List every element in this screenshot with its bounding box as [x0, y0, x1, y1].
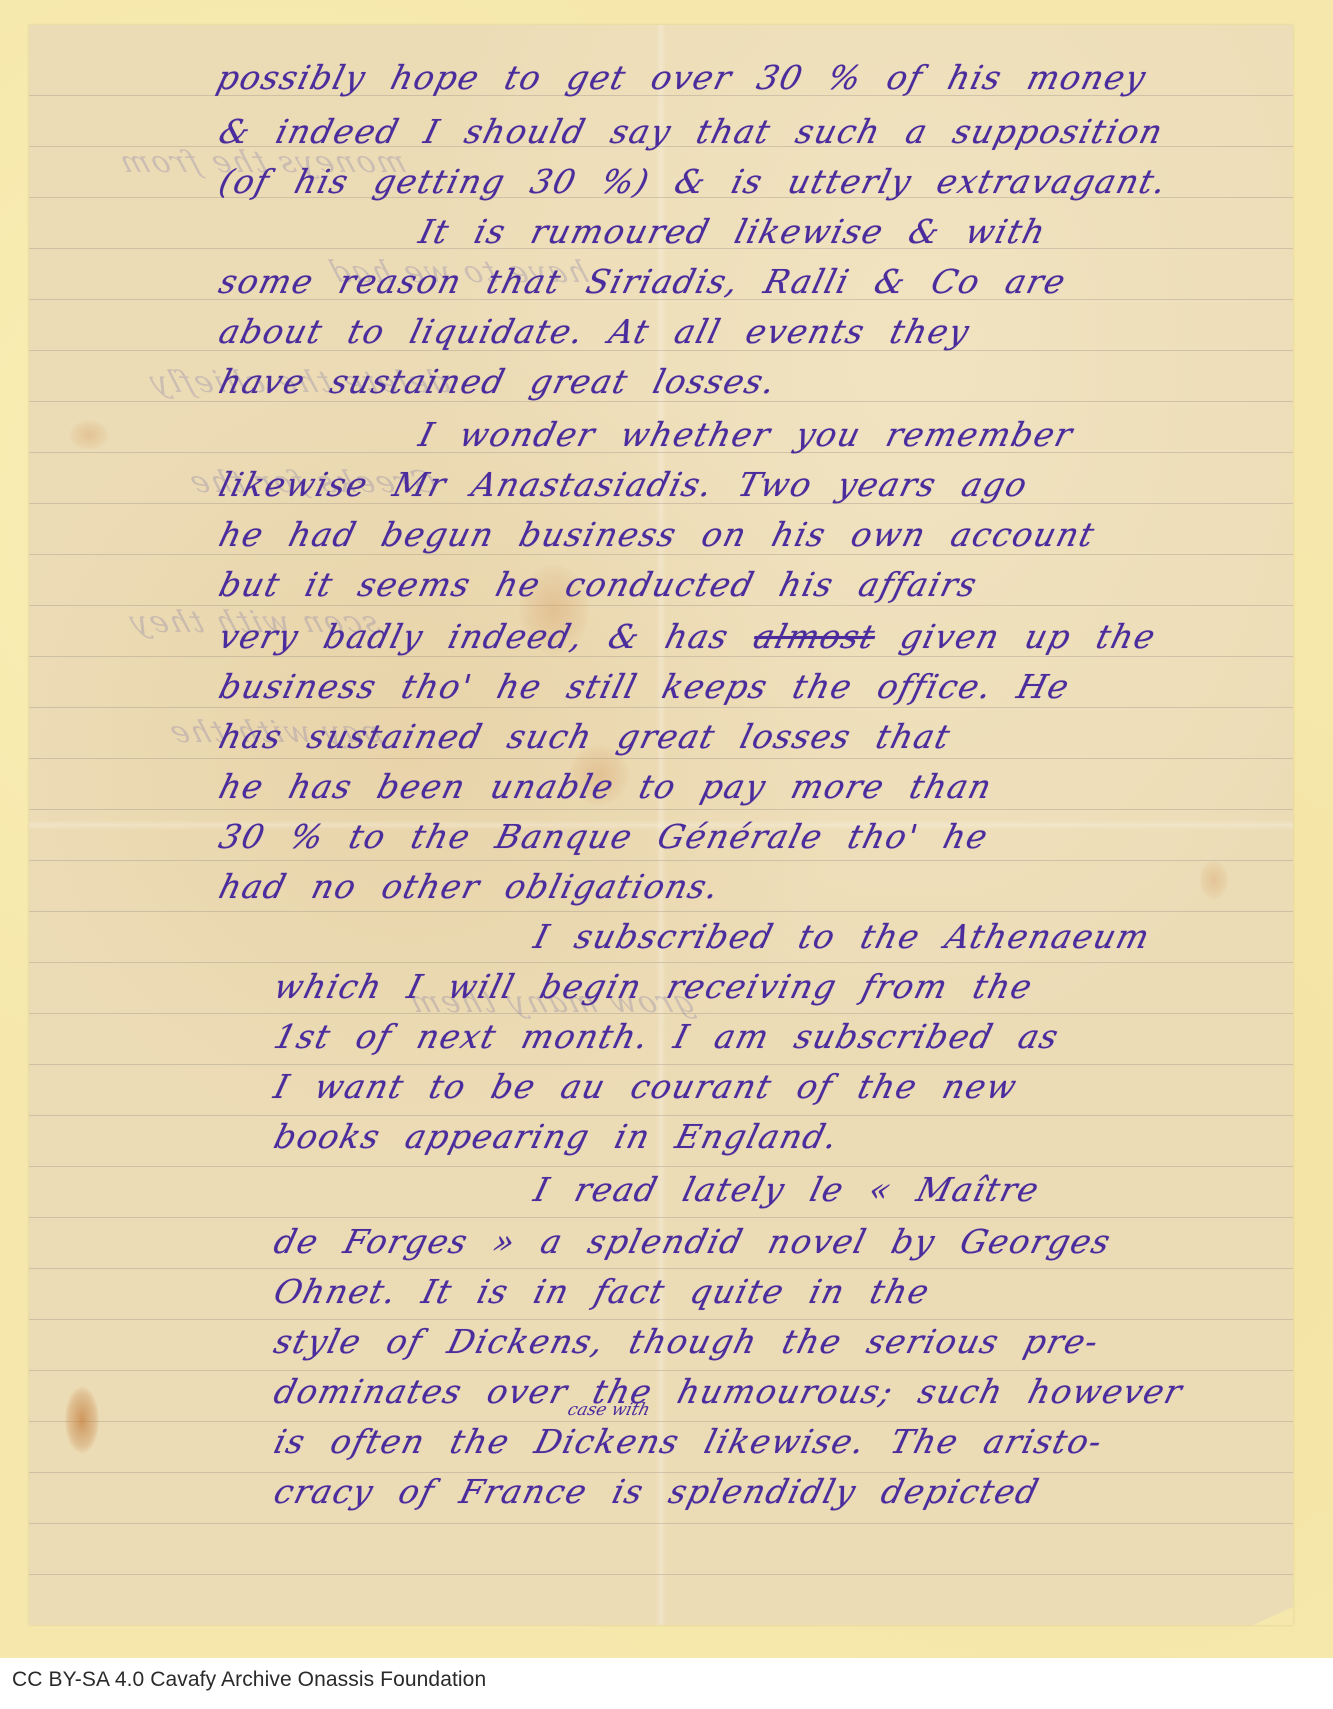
text-segment: very badly indeed, & has: [215, 617, 733, 656]
text-line: he had begun business on his own account: [215, 515, 1099, 554]
text-line: have sustained great losses.: [215, 362, 780, 401]
text-line: about to liquidate. At all events they: [215, 312, 974, 351]
text-line: possibly hope to get over 30 % of his mo…: [213, 58, 1151, 97]
text-line: (of his getting 30 %) & is utterly extra…: [215, 162, 1171, 201]
text-line: has sustained such great losses that: [215, 717, 955, 756]
text-line: he has been unable to pay more than: [215, 767, 997, 806]
text-line: had no other obligations.: [215, 867, 724, 906]
letter-text: possibly hope to get over 30 % of his mo…: [0, 0, 1333, 1658]
text-line: likewise Mr Anastasiadis. Two years ago: [215, 465, 1032, 504]
text-line: 30 % to the Banque Générale tho' he: [215, 817, 993, 856]
license-credit: CC BY-SA 4.0 Cavafy Archive Onassis Foun…: [12, 1668, 486, 1692]
text-line: cracy of France is splendidly depicted: [270, 1472, 1044, 1511]
text-line: some reason that Siriadis, Ralli & Co ar…: [215, 262, 1070, 301]
interlinear-insertion: case with: [566, 1400, 653, 1420]
text-line: de Forges » a splendid novel by Georges: [270, 1222, 1115, 1261]
struck-word: almost: [750, 617, 880, 656]
text-line: but it seems he conducted his affairs: [215, 565, 982, 604]
text-line: books appearing in England.: [270, 1117, 843, 1156]
text-line: I wonder whether you remember: [415, 415, 1077, 454]
text-line: It is rumoured likewise & with: [415, 212, 1050, 251]
text-line: dominates over the humourous; such howev…: [270, 1372, 1187, 1411]
text-line: I read lately le « Maître: [530, 1170, 1044, 1209]
text-line: style of Dickens, though the serious pre…: [270, 1322, 1103, 1361]
text-line: business tho' he still keeps the office.…: [215, 667, 1074, 706]
text-segment: given up the: [896, 617, 1160, 656]
text-line: I subscribed to the Athenaeum: [530, 917, 1155, 956]
text-line: very badly indeed, & has almost given up…: [215, 617, 1160, 656]
text-line: I want to be au courant of the new: [270, 1067, 1022, 1106]
text-line: Ohnet. It is in fact quite in the: [270, 1272, 934, 1311]
text-line: is often the Dickens likewise. The arist…: [270, 1422, 1107, 1461]
text-line: which I will begin receiving from the: [270, 967, 1037, 1006]
text-line: 1st of next month. I am subscribed as: [270, 1017, 1063, 1056]
text-line: & indeed I should say that such a suppos…: [215, 112, 1168, 151]
